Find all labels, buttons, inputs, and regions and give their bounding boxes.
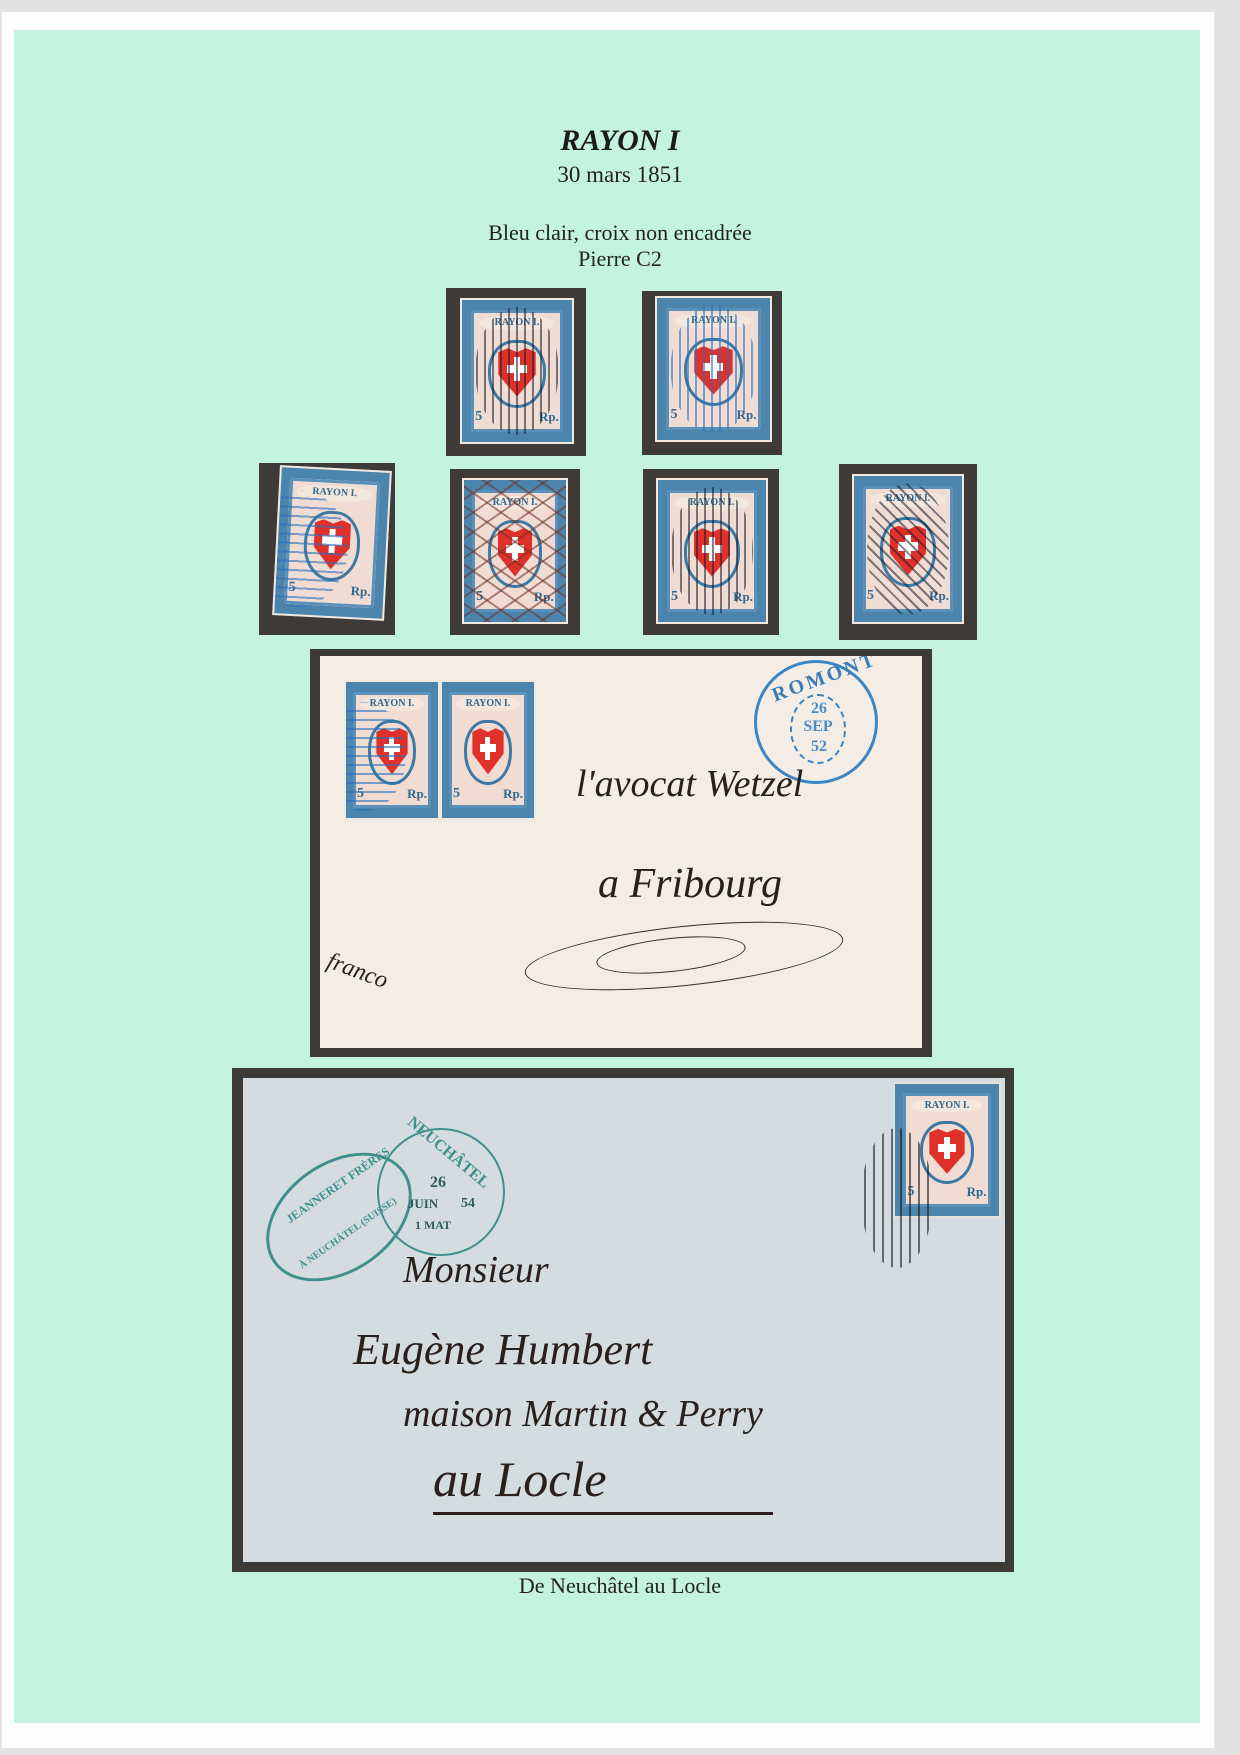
postmark-day: 26 (802, 700, 836, 718)
address-line-2: a Fribourg (598, 860, 782, 908)
address-name: Eugène Humbert (353, 1324, 652, 1375)
postmark-year: 54 (453, 1196, 483, 1212)
stamp-6: RAYON I. 5Rp. (852, 474, 964, 624)
address-house: maison Martin & Perry (403, 1392, 763, 1436)
cover-caption: De Neuchâtel au Locle (0, 1573, 1240, 1599)
cover1-stamp-left: RAYON I. 5Rp. (344, 680, 440, 820)
description-stone: Pierre C2 (0, 246, 1240, 272)
stamp-3: RAYON I. 5Rp. (272, 465, 392, 621)
stamp-5: RAYON I. 5Rp. (656, 478, 768, 624)
issue-date: 30 mars 1851 (0, 162, 1240, 188)
cover-neuchatel: RAYON I. 5Rp. JEANNERET FRÈRES À NEUCHÂT… (243, 1078, 1005, 1562)
cover-romont: RAYON I. 5Rp. RAYON I. 5Rp. ROMONT 26 SE… (320, 656, 922, 1048)
postmark-month: JUIN (403, 1196, 443, 1212)
underline (433, 1512, 773, 1515)
address-town: au Locle (433, 1450, 607, 1508)
address-line-1: l'avocat Wetzel (576, 762, 803, 806)
description-color: Bleu clair, croix non encadrée (0, 220, 1240, 246)
cover1-stamp-right: RAYON I. 5Rp. (440, 680, 536, 820)
postmark-year: 52 (802, 738, 836, 756)
postmark-day: 26 (423, 1174, 453, 1192)
stamp-1: RAYON I. 5Rp. (460, 298, 574, 444)
postmark-month: SEP (798, 718, 838, 736)
address-salutation: Monsieur (403, 1248, 549, 1292)
postmark-time: 1 MAT (403, 1218, 463, 1233)
stamp-4: RAYON I. 5Rp. (462, 478, 568, 624)
stamp-2: RAYON I. 5Rp. (655, 296, 772, 442)
franco-note: franco (323, 948, 391, 995)
page-title: RAYON I (0, 124, 1240, 158)
